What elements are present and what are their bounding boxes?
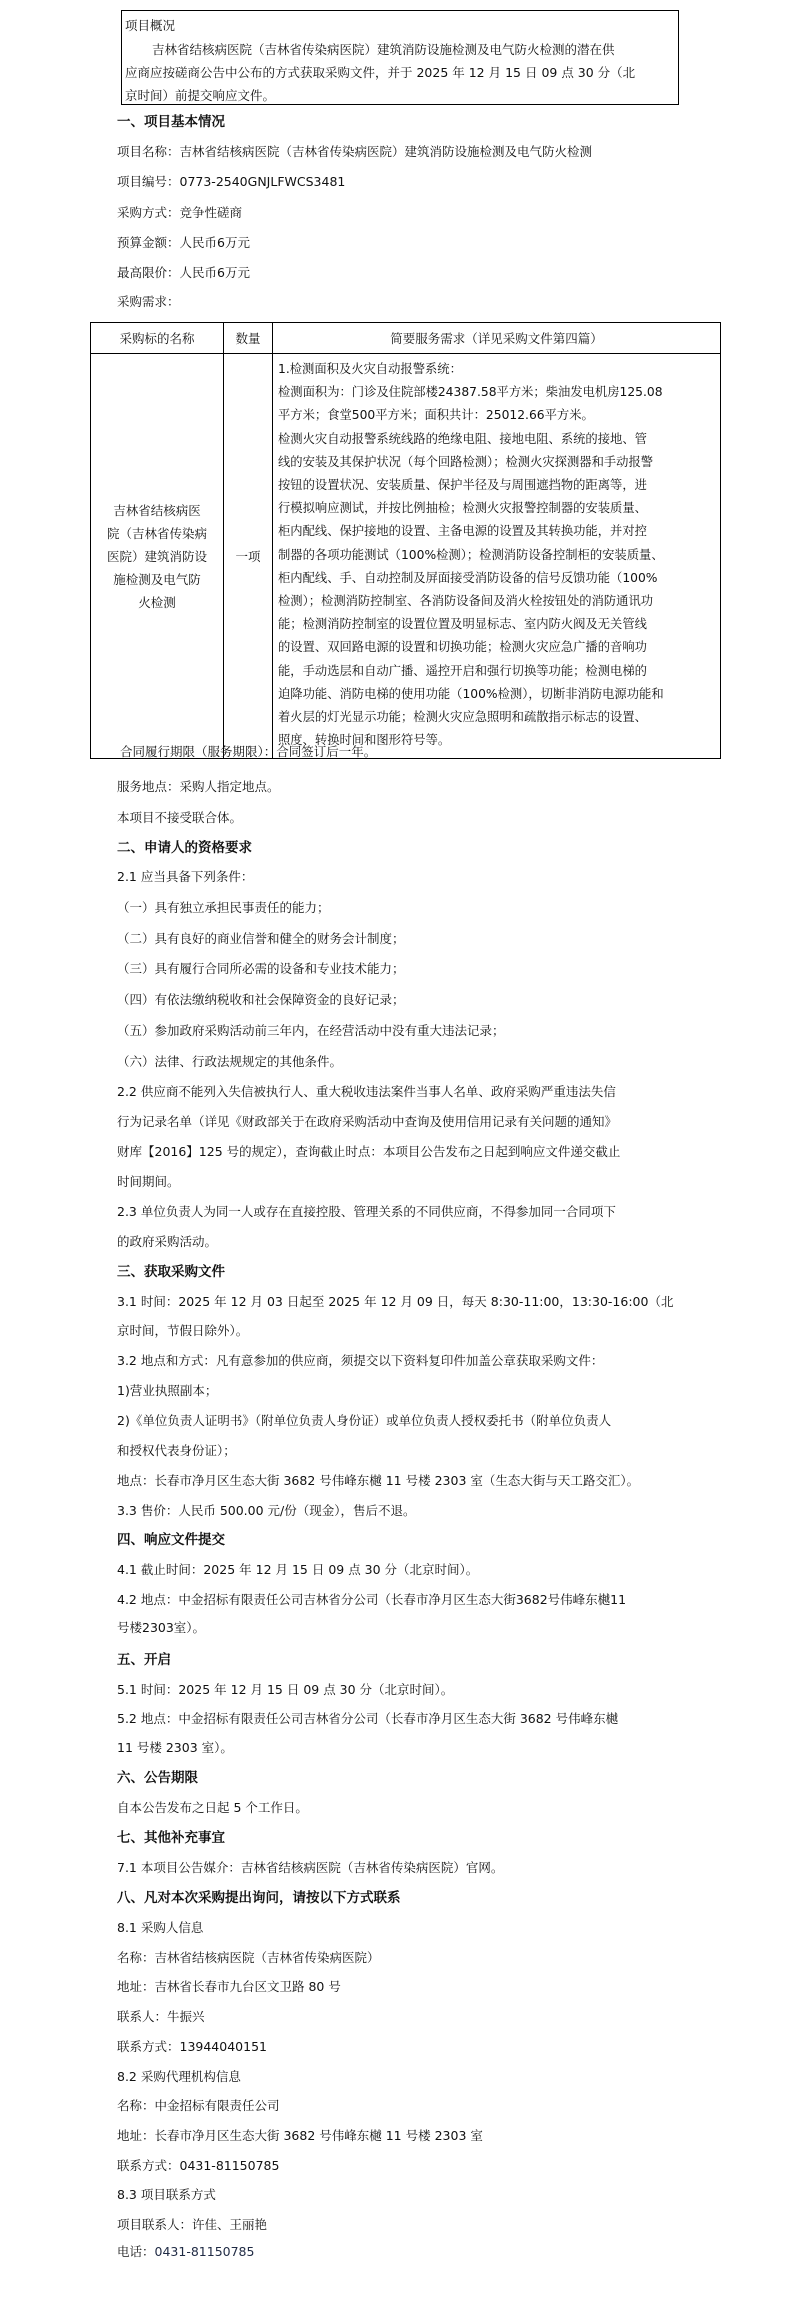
section-4-heading: 四、响应文件提交 — [117, 1532, 225, 1548]
item-name-line: 施检测及电气防 — [95, 568, 219, 591]
item-name-line: 院（吉林省传染病 — [95, 522, 219, 545]
project-contact-persons: 项目联系人：许佳、王丽艳 — [117, 2217, 267, 2233]
description-line: 线的安装及其保护状况（每个回路检测）；检测火灾探测器和手动报警 — [278, 451, 716, 474]
requirements-table: 采购标的名称 数量 简要服务需求（详见采购文件第四篇） 吉林省结核病医 院（吉林… — [90, 322, 721, 759]
s3-item-2-line: 和授权代表身份证）； — [117, 1443, 236, 1459]
header-description: 简要服务需求（详见采购文件第四篇） — [273, 323, 721, 354]
description-line: 柜内配线、手、自动控制及屏面接受消防设备的信号反馈功能（100% — [278, 567, 716, 590]
phone-number: 0431-81150785 — [155, 2244, 255, 2259]
s3-item-2-line: 2)《单位负责人证明书》（附单位负责人身份证）或单位负责人授权委托书（附单位负责… — [117, 1413, 611, 1429]
condition-4: （四）有依法缴纳税收和社会保障资金的良好记录； — [117, 992, 405, 1008]
s2-2-line: 2.2 供应商不能列入失信被执行人、重大税收违法案件当事人名单、政府采购严重违法… — [117, 1084, 616, 1100]
condition-6: （六）法律、行政法规规定的其他条件。 — [117, 1054, 342, 1070]
announcement-period: 自本公告发布之日起 5 个工作日。 — [117, 1800, 308, 1816]
project-number: 项目编号：0773-2540GNJLFWCS3481 — [117, 174, 345, 190]
description-line: 平方米；食堂500平方米；面积共计：25012.66平方米。 — [278, 404, 716, 427]
contract-period: 合同履行期限（服务期限）：合同签订后一年。 — [120, 744, 376, 760]
description-line: 检测）；检测消防控制室、各消防设备间及消火栓按钮处的消防通讯功 — [278, 590, 716, 613]
section-1-heading: 一、项目基本情况 — [117, 114, 225, 130]
purchaser-address: 地址：吉林省长春市九台区文卫路 80 号 — [117, 1979, 341, 1995]
description-line: 1.检测面积及火灾自动报警系统： — [278, 358, 716, 381]
s3-1-line: 3.1 时间：2025 年 12 月 03 日起至 2025 年 12 月 09… — [117, 1294, 673, 1310]
description-line: 迫降功能、消防电梯的使用功能（100%检测），切断非消防电源功能和 — [278, 683, 716, 706]
overview-line-1: 吉林省结核病医院（吉林省传染病医院）建筑消防设施检测及电气防火检测的潜在供 — [152, 42, 615, 58]
s2-1: 2.1 应当具备下列条件： — [117, 869, 253, 885]
description-line: 能；检测消防控制室的设置位置及明显标志、室内防火阀及无关管线 — [278, 613, 716, 636]
section-5-heading: 五、开启 — [117, 1652, 171, 1668]
s4-1: 4.1 截止时间：2025 年 12 月 15 日 09 点 30 分（北京时间… — [117, 1562, 478, 1578]
agency-name: 名称：中金招标有限责任公司 — [117, 2098, 280, 2114]
purchaser-phone: 联系方式：13944040151 — [117, 2039, 267, 2055]
table-header-row: 采购标的名称 数量 简要服务需求（详见采购文件第四篇） — [91, 323, 721, 354]
max-price: 最高限价：人民币6万元 — [117, 265, 250, 281]
description-line: 检测火灾自动报警系统线路的绝缘电阻、接地电阻、系统的接地、管 — [278, 428, 716, 451]
budget-amount: 预算金额：人民币6万元 — [117, 235, 250, 251]
overview-line-2: 应商应按磋商公告中公布的方式获取采购文件，并于 2025 年 12 月 15 日… — [125, 65, 635, 81]
requirements-label: 采购需求： — [117, 294, 180, 310]
condition-5: （五）参加政府采购活动前三年内，在经营活动中没有重大违法记录； — [117, 1023, 505, 1039]
cell-description: 1.检测面积及火灾自动报警系统： 检测面积为：门诊及住院部楼24387.58平方… — [273, 354, 721, 759]
description-line: 着火层的灯光显示功能；检测火灾应急照明和疏散指示标志的设置、 — [278, 706, 716, 729]
purchaser-contact: 联系人：牛振兴 — [117, 2009, 205, 2025]
description-line: 的设置、双回路电源的设置和切换功能；检测火灾应急广播的音响功 — [278, 636, 716, 659]
s2-2-line: 财库【2016】125 号的规定），查询截止时点：本项目公告发布之日起到响应文件… — [117, 1144, 620, 1160]
cell-quantity: 一项 — [224, 354, 273, 759]
s3-item-1: 1)营业执照副本； — [117, 1383, 217, 1399]
project-name: 项目名称：吉林省结核病医院（吉林省传染病医院）建筑消防设施检测及电气防火检测 — [117, 144, 592, 160]
description-line: 柜内配线、保护接地的设置、主备电源的设置及其转换功能，并对控 — [278, 520, 716, 543]
s7-1: 7.1 本项目公告媒介：吉林省结核病医院（吉林省传染病医院）官网。 — [117, 1860, 503, 1876]
service-location: 服务地点：采购人指定地点。 — [117, 779, 280, 795]
s5-1: 5.1 时间：2025 年 12 月 15 日 09 点 30 分（北京时间）。 — [117, 1682, 453, 1698]
s4-2-line: 号楼2303室）。 — [117, 1620, 205, 1636]
section-2-heading: 二、申请人的资格要求 — [117, 840, 252, 856]
s5-2-line: 11 号楼 2303 室）。 — [117, 1740, 233, 1756]
condition-2: （二）具有良好的商业信誉和健全的财务会计制度； — [117, 931, 405, 947]
s3-location: 地点：长春市净月区生态大街 3682 号伟峰东樾 11 号楼 2303 室（生态… — [117, 1473, 639, 1489]
condition-3: （三）具有履行合同所必需的设备和专业技术能力； — [117, 961, 405, 977]
s2-3-line: 2.3 单位负责人为同一人或存在直接控股、管理关系的不同供应商，不得参加同一合同… — [117, 1204, 616, 1220]
item-name-line: 火检测 — [95, 591, 219, 614]
item-name-line: 医院）建筑消防设 — [95, 545, 219, 568]
description-line: 按钮的设置状况、安装质量、保护半径及与周围遮挡物的距离等，进 — [278, 474, 716, 497]
s5-2-line: 5.2 地点：中金招标有限责任公司吉林省分公司（长春市净月区生态大街 3682 … — [117, 1711, 618, 1727]
s4-2-line: 4.2 地点：中金招标有限责任公司吉林省分公司（长春市净月区生态大街3682号伟… — [117, 1592, 626, 1608]
overview-title: 项目概况 — [125, 18, 175, 34]
purchaser-label: 8.1 采购人信息 — [117, 1920, 203, 1936]
item-name-line: 吉林省结核病医 — [95, 499, 219, 522]
description-line: 制器的各项功能测试（100%检测）；检测消防设备控制柜的安装质量、 — [278, 544, 716, 567]
section-6-heading: 六、公告期限 — [117, 1770, 198, 1786]
header-item-name: 采购标的名称 — [91, 323, 224, 354]
description-line: 能，手动选层和自动广播、遥控开启和强行切换等功能；检测电梯的 — [278, 660, 716, 683]
s3-1-line: 京时间，节假日除外）。 — [117, 1323, 248, 1339]
header-quantity: 数量 — [224, 323, 273, 354]
table-row: 吉林省结核病医 院（吉林省传染病 医院）建筑消防设 施检测及电气防 火检测 一项… — [91, 354, 721, 759]
procurement-method: 采购方式：竞争性磋商 — [117, 205, 242, 221]
section-3-heading: 三、获取采购文件 — [117, 1264, 225, 1280]
project-contact-label: 8.3 项目联系方式 — [117, 2187, 216, 2203]
consortium-note: 本项目不接受联合体。 — [117, 810, 242, 826]
overview-line-3: 京时间）前提交响应文件。 — [125, 88, 275, 104]
s3-3-price: 3.3 售价：人民币 500.00 元/份（现金），售后不退。 — [117, 1503, 416, 1519]
s2-2-line: 时间期间。 — [117, 1174, 180, 1190]
phone-label: 电话： — [117, 2244, 155, 2259]
agency-label: 8.2 采购代理机构信息 — [117, 2069, 241, 2085]
s2-2-line: 行为记录名单（详见《财政部关于在政府采购活动中查询及使用信用记录有关问题的通知》 — [117, 1114, 617, 1130]
agency-phone: 联系方式：0431-81150785 — [117, 2158, 279, 2174]
cell-item-name: 吉林省结核病医 院（吉林省传染病 医院）建筑消防设 施检测及电气防 火检测 — [91, 354, 224, 759]
section-7-heading: 七、其他补充事宜 — [117, 1830, 225, 1846]
description-line: 行模拟响应测试，并按比例抽检；检测火灾报警控制器的安装质量、 — [278, 497, 716, 520]
s3-2: 3.2 地点和方式：凡有意参加的供应商，须提交以下资料复印件加盖公章获取采购文件… — [117, 1353, 603, 1369]
project-contact-phone-row: 电话：0431-81150785 — [117, 2244, 254, 2260]
section-8-heading: 八、凡对本次采购提出询问，请按以下方式联系 — [117, 1890, 401, 1906]
s2-3-line: 的政府采购活动。 — [117, 1234, 217, 1250]
condition-1: （一）具有独立承担民事责任的能力； — [117, 900, 330, 916]
agency-address: 地址：长春市净月区生态大街 3682 号伟峰东樾 11 号楼 2303 室 — [117, 2128, 483, 2144]
description-line: 检测面积为：门诊及住院部楼24387.58平方米；柴油发电机房125.08 — [278, 381, 716, 404]
purchaser-name: 名称：吉林省结核病医院（吉林省传染病医院） — [117, 1950, 380, 1966]
project-overview-box: 项目概况 吉林省结核病医院（吉林省传染病医院）建筑消防设施检测及电气防火检测的潜… — [121, 10, 679, 105]
